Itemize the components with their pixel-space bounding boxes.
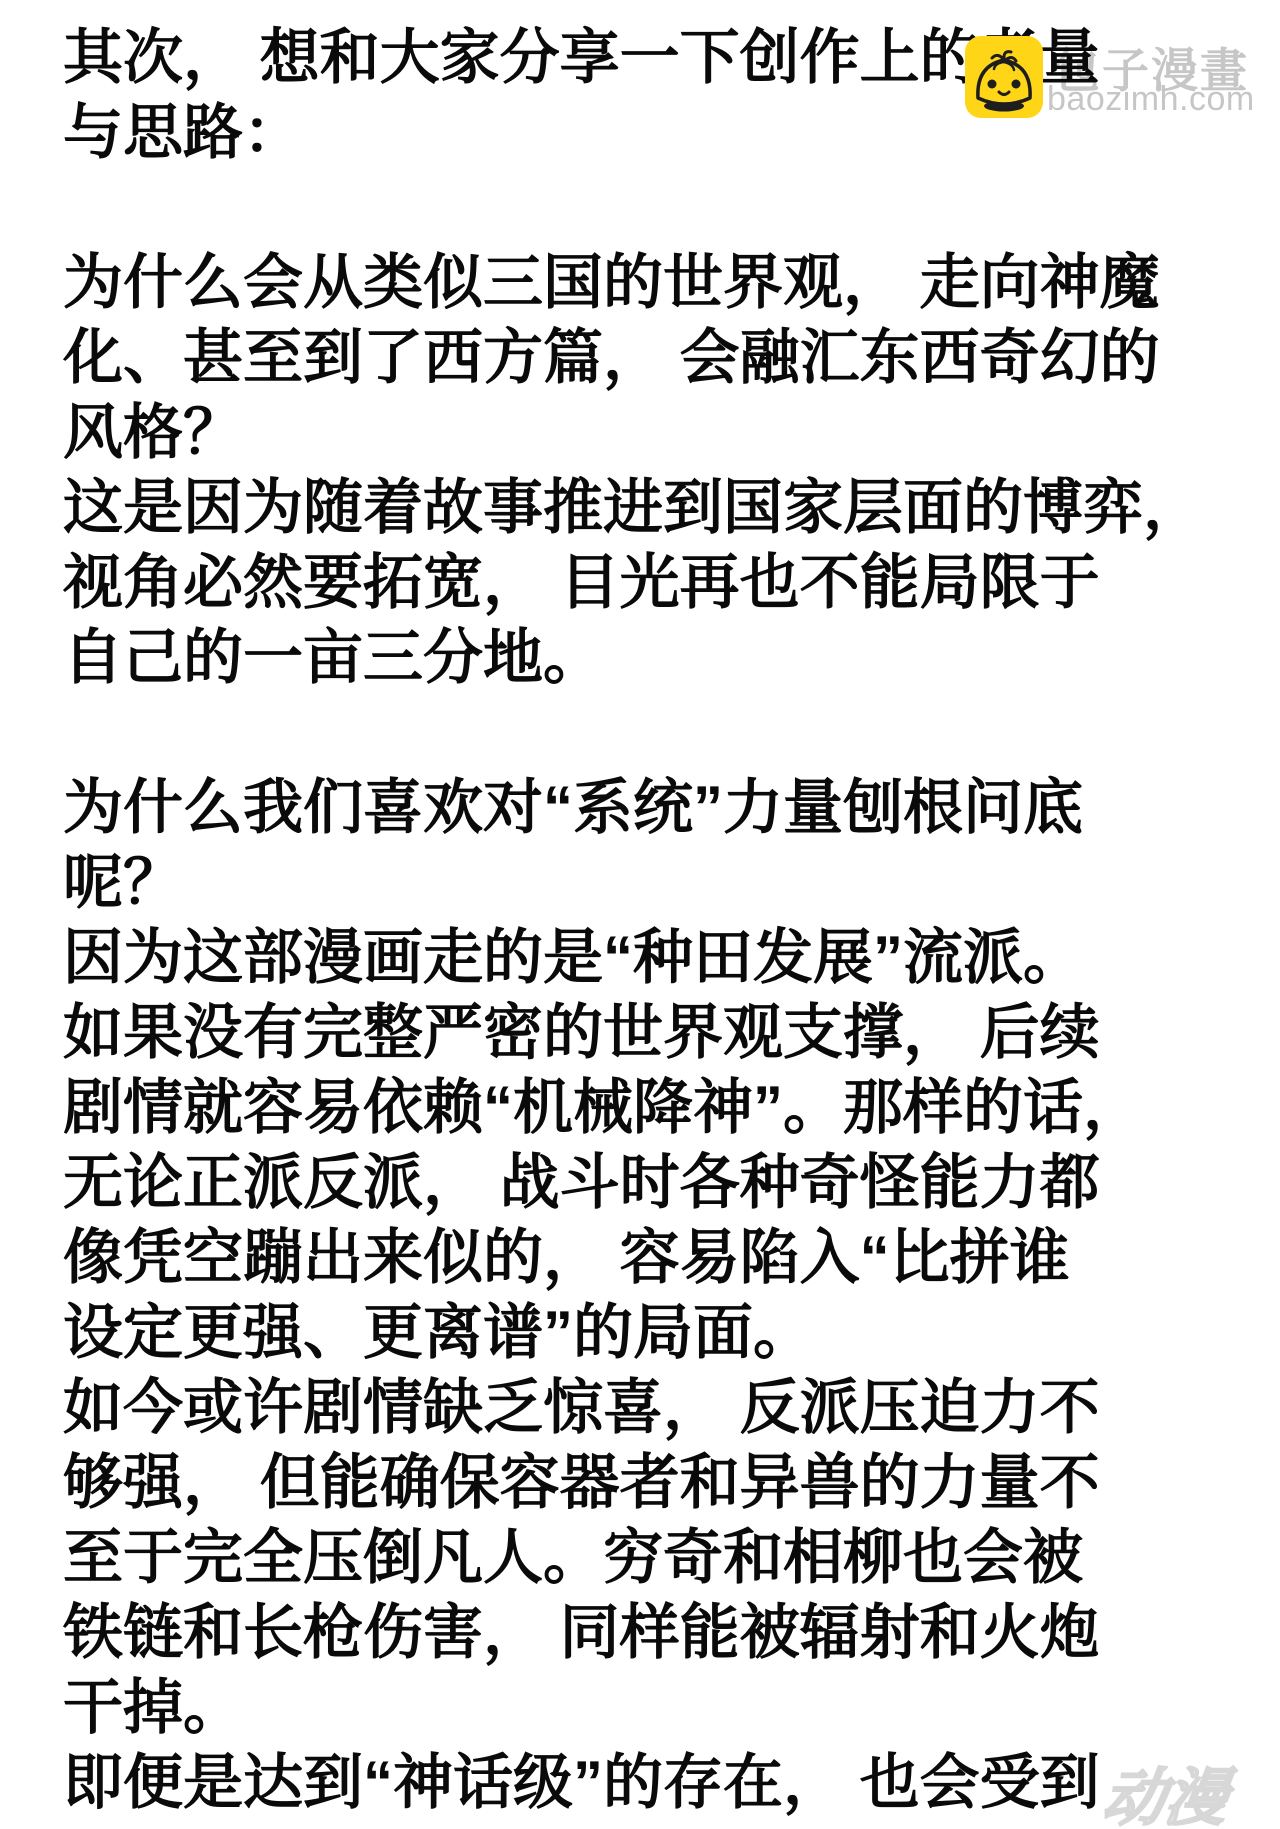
- text-line: 自己的一亩三分地。: [63, 620, 1270, 695]
- text-line: 够强， 但能确保容器者和异兽的力量不: [63, 1445, 1270, 1520]
- text-line: 其次， 想和大家分享一下创作上的考量: [63, 20, 1270, 95]
- text-line: 像凭空蹦出来似的， 容易陷入“比拼谁: [63, 1220, 1270, 1295]
- text-line: 这是因为随着故事推进到国家层面的博弈，: [63, 470, 1270, 545]
- text-line: 无论正派反派， 战斗时各种奇怪能力都: [63, 1145, 1270, 1220]
- text-line: 因为这部漫画走的是“种田发展”流派。: [63, 920, 1270, 995]
- text-line: 呢？: [63, 845, 1270, 920]
- paragraph-worldview: 为什么会从类似三国的世界观， 走向神魔 化、甚至到了西方篇， 会融汇东西奇幻的 …: [63, 245, 1270, 695]
- text-line: 干掉。: [63, 1670, 1270, 1745]
- paragraph-intro: 其次， 想和大家分享一下创作上的考量 与思路：: [63, 20, 1270, 170]
- text-line: 即便是达到“神话级”的存在， 也会受到: [63, 1745, 1270, 1820]
- text-line: 剧情就容易依赖“机械降神”。那样的话，: [63, 1070, 1270, 1145]
- paragraph-system-power: 为什么我们喜欢对“系统”力量刨根问底 呢？ 因为这部漫画走的是“种田发展”流派。…: [63, 770, 1270, 1820]
- text-line: 如今或许剧情缺乏惊喜， 反派压迫力不: [63, 1370, 1270, 1445]
- text-line: 为什么我们喜欢对“系统”力量刨根问底: [63, 770, 1270, 845]
- text-line: 视角必然要拓宽， 目光再也不能局限于: [63, 545, 1270, 620]
- text-line: 如果没有完整严密的世界观支撑， 后续: [63, 995, 1270, 1070]
- text-line: 设定更强、更离谱”的局面。: [63, 1295, 1270, 1370]
- baozi-bun-face-icon: [965, 36, 1043, 118]
- text-line: 风格？: [63, 395, 1270, 470]
- text-line: 与思路：: [63, 95, 1270, 170]
- text-line: 化、甚至到了西方篇， 会融汇东西奇幻的: [63, 320, 1270, 395]
- manga-afterword-page: 包子漫畫 baozimh.com 动漫 其次， 想和大家分享一下创作上的考量 与…: [0, 0, 1280, 1829]
- text-line: 为什么会从类似三国的世界观， 走向神魔: [63, 245, 1270, 320]
- text-line: 至于完全压倒凡人。穷奇和相柳也会被: [63, 1520, 1270, 1595]
- text-line: 铁链和长枪伤害， 同样能被辐射和火炮: [63, 1595, 1270, 1670]
